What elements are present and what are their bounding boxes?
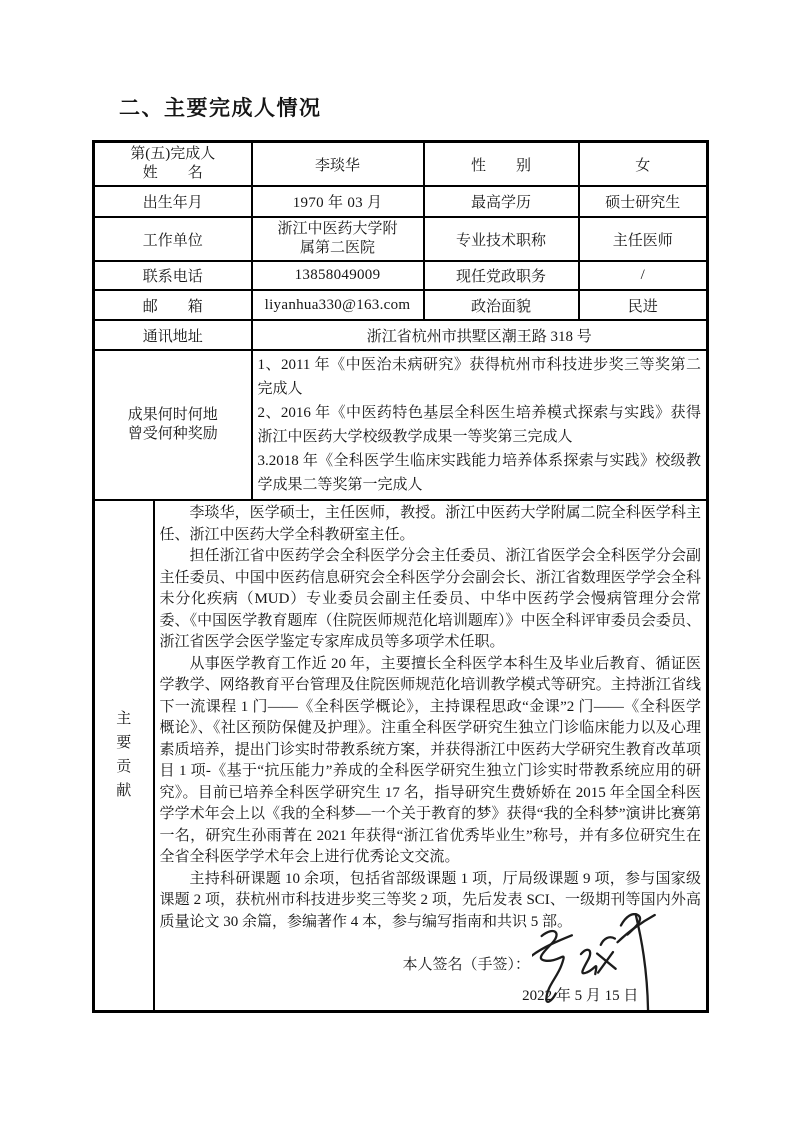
table-row: 第(五)完成人 姓 名 李琰华 性 别 女 (94, 142, 708, 187)
handwritten-signature (532, 913, 672, 1011)
awards-value: 1、2011 年《中医治未病研究》获得杭州市科技进步奖三等奖第二完成人 2、20… (252, 350, 708, 500)
contribution-paragraph: 担任浙江省中医药学会全科医学分会主任委员、浙江省医学会全科医学分会副主任委员、中… (160, 546, 702, 654)
party-duty-value: / (579, 261, 708, 290)
phone-value: 13858049009 (252, 261, 424, 290)
vertical-label-char: 要 (100, 731, 148, 755)
gender-value: 女 (579, 142, 708, 187)
address-value: 浙江省杭州市拱墅区潮王路 318 号 (252, 320, 708, 350)
email-value: liyanhua330@163.com (252, 290, 424, 320)
party-duty-label: 现任党政职务 (424, 261, 579, 290)
table-row: 成果何时何地 曾受何种奖励 1、2011 年《中医治未病研究》获得杭州市科技进步… (94, 350, 708, 500)
table-row: 邮 箱 liyanhua330@163.com 政治面貌 民进 (94, 290, 708, 320)
main-contribution-label: 主 要 贡 献 (94, 500, 154, 1011)
award-item: 2、2016 年《中医药特色基层全科医生培养模式探索与实践》获得浙江中医药大学校… (258, 401, 702, 449)
birth-value: 1970 年 03 月 (252, 186, 424, 217)
completer-info-table: 第(五)完成人 姓 名 李琰华 性 别 女 出生年月 1970 年 03 月 最… (92, 140, 709, 1013)
degree-label: 最高学历 (424, 186, 579, 217)
main-contribution-content: 李琰华，医学硕士，主任医师，教授。浙江中医药大学附属二院全科医学科主任、浙江中医… (154, 500, 708, 1011)
email-label: 邮 箱 (94, 290, 252, 320)
table-row: 出生年月 1970 年 03 月 最高学历 硕士研究生 (94, 186, 708, 217)
signature-row: 本人签名（手签）： (160, 943, 702, 979)
political-status-label: 政治面貌 (424, 290, 579, 320)
name-value: 李琰华 (252, 142, 424, 187)
prof-title-value: 主任医师 (579, 217, 708, 261)
address-label: 通讯地址 (94, 320, 252, 350)
completer-name-label: 第(五)完成人 姓 名 (94, 142, 252, 187)
gender-label: 性 别 (424, 142, 579, 187)
table-row: 联系电话 13858049009 现任党政职务 / (94, 261, 708, 290)
degree-value: 硕士研究生 (579, 186, 708, 217)
completer-ordinal-label: 第(五)完成人 (100, 145, 246, 164)
birth-label: 出生年月 (94, 186, 252, 217)
awards-label-line2: 曾受何种奖励 (100, 425, 246, 444)
awards-label: 成果何时何地 曾受何种奖励 (94, 350, 252, 500)
document-page: 二、主要完成人情况 第(五)完成人 姓 名 李琰华 性 别 女 出生年月 197… (0, 0, 793, 1122)
political-status-value: 民进 (579, 290, 708, 320)
vertical-label-char: 主 (100, 707, 148, 731)
contribution-paragraph: 李琰华，医学硕士，主任医师，教授。浙江中医药大学附属二院全科医学科主任、浙江中医… (160, 503, 702, 546)
award-item: 1、2011 年《中医治未病研究》获得杭州市科技进步奖三等奖第二完成人 (258, 353, 702, 401)
signature-label: 本人签名（手签）： (403, 955, 531, 977)
vertical-label-char: 贡 (100, 755, 148, 779)
section-title: 二、主要完成人情况 (119, 92, 322, 122)
table-row: 通讯地址 浙江省杭州市拱墅区潮王路 318 号 (94, 320, 708, 350)
table-row: 主 要 贡 献 李琰华，医学硕士，主任医师，教授。浙江中医药大学附属二院全科医学… (94, 500, 708, 1011)
vertical-label-char: 献 (100, 779, 148, 803)
prof-title-label: 专业技术职称 (424, 217, 579, 261)
phone-label: 联系电话 (94, 261, 252, 290)
awards-label-line1: 成果何时何地 (100, 406, 246, 425)
table-row: 工作单位 浙江中医药大学附属第二医院 专业技术职称 主任医师 (94, 217, 708, 261)
contribution-paragraph: 从事医学教育工作近 20 年，主要擅长全科医学本科生及毕业后教育、循证医学教学、… (160, 654, 702, 869)
name-label: 姓 名 (100, 164, 246, 183)
award-item: 3.2018 年《全科医学生临床实践能力培养体系探索与实践》校级教学成果二等奖第… (258, 449, 702, 497)
employer-value-text: 浙江中医药大学附属第二医院 (276, 220, 399, 258)
employer-label: 工作单位 (94, 217, 252, 261)
employer-value: 浙江中医药大学附属第二医院 (252, 217, 424, 261)
